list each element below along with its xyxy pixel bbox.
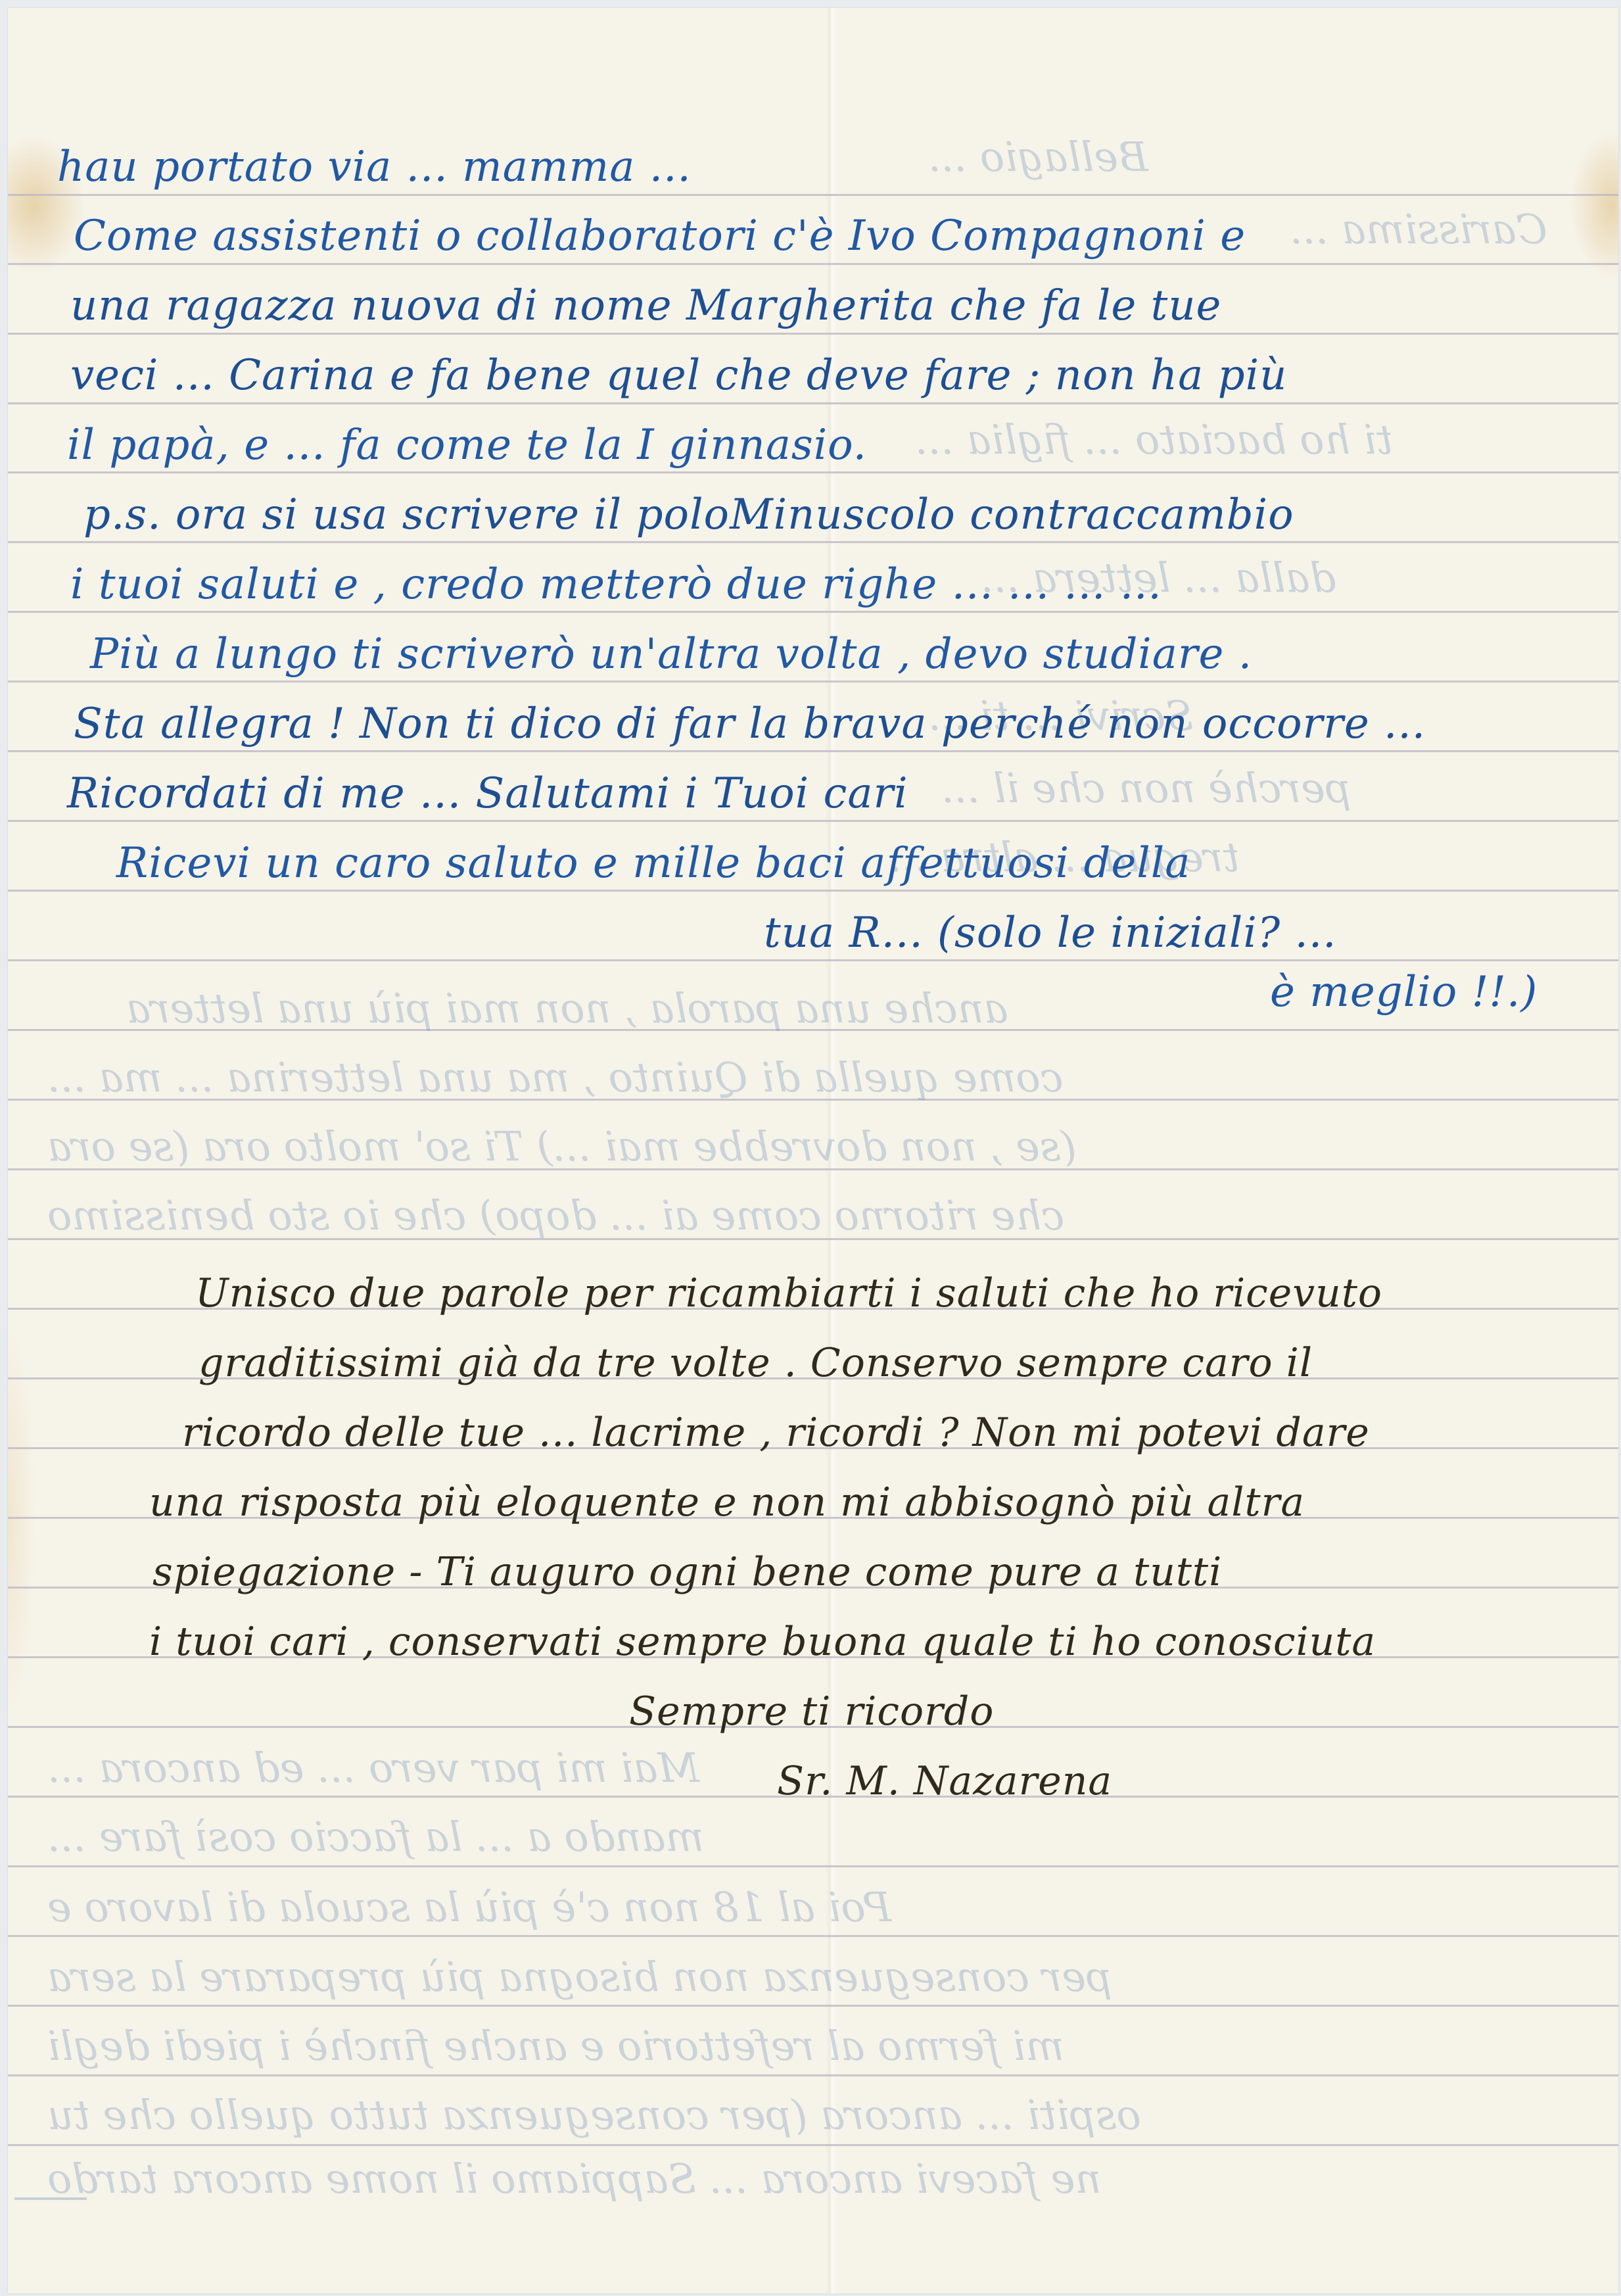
- bleed-through-text: ospiti ... ancora (per conseguenza tutto…: [47, 2091, 1141, 2139]
- ruled-line: [8, 820, 1618, 822]
- letter-line: Ricevi un caro saluto e mille baci affet…: [116, 839, 1190, 888]
- letter-line: il papà, e ... fa come te la I ginnasio.: [67, 421, 867, 469]
- letter-line: i tuoi cari , conservati sempre buona qu…: [149, 1619, 1376, 1665]
- letter-line: i tuoi saluti e , credo metterò due righ…: [70, 560, 1162, 609]
- letter-line: veci ... Carina e fa bene quel che deve …: [70, 351, 1287, 400]
- ruled-line: [8, 2074, 1618, 2076]
- bleed-through-text: ti ho baciato ... figlia ...: [915, 416, 1393, 464]
- letter-signature-initial: tua R... (solo le iniziali? ...: [764, 909, 1337, 957]
- letter-line: una risposta più eloquente e non mi abbi…: [149, 1479, 1305, 1525]
- letter-signature: Sr. M. Nazarena: [777, 1758, 1112, 1804]
- ruled-line: [8, 263, 1618, 265]
- letter-line: Ricordati di me ... Salutami i Tuoi cari: [67, 769, 908, 818]
- letter-page: Bellagio ... Carissima ... ti ho baciato…: [8, 8, 1618, 2293]
- letter-signature-aside: è meglio !!.): [1270, 968, 1538, 1016]
- bleed-through-text: Poi al 18 non c'è più la scuola di lavor…: [47, 1883, 891, 1931]
- ruled-line: [8, 471, 1618, 473]
- bleed-through-text: (se , non dovrebbe mai ...) Ti so' molto…: [47, 1122, 1077, 1170]
- bleed-through-text: ne facevi ancora ... Sappiamo il nome an…: [47, 2155, 1101, 2203]
- bleed-through-text: mando a ... la faccio così fare ...: [47, 1813, 704, 1861]
- ruled-line: [8, 681, 1618, 682]
- ruled-line: [8, 541, 1618, 543]
- letter-line: una ragazza nuova di nome Margherita che…: [70, 281, 1221, 330]
- ruled-line: [8, 2005, 1618, 2007]
- letter-line: graditissimi già da tre volte . Conservo…: [199, 1340, 1313, 1386]
- ruled-line: [8, 890, 1618, 892]
- ruled-line: [8, 194, 1618, 196]
- letter-line: hau portato via ... mamma ...: [57, 143, 692, 191]
- bleed-through-text: anche una parola , non mai più una lette…: [126, 984, 1008, 1032]
- letter-line: Come assistenti o collaboratori c'è Ivo …: [74, 212, 1246, 260]
- letter-line: Unisco due parole per ricambiarti i salu…: [195, 1270, 1382, 1316]
- letter-closing: Sempre ti ricordo: [629, 1688, 994, 1734]
- bleed-through-underline: [14, 2197, 87, 2200]
- ruled-line: [8, 333, 1618, 335]
- letter-line: p.s. ora si usa scrivere il poloMinuscol…: [83, 490, 1294, 539]
- ruled-line: [8, 750, 1618, 752]
- ruled-line: [8, 1865, 1618, 1867]
- bleed-through-text: come quella di Quinto , ma una letterina…: [47, 1053, 1064, 1101]
- ruled-line: [8, 611, 1618, 613]
- letter-line: spiegazione - Ti auguro ogni bene come p…: [153, 1549, 1222, 1595]
- bleed-through-text: Carissima ...: [1290, 205, 1547, 253]
- letter-line: Più a lungo ti scriverò un'altra volta ,…: [90, 630, 1252, 679]
- ruled-line: [8, 1935, 1618, 1937]
- ruled-line: [8, 2144, 1618, 2146]
- ruled-line: [8, 959, 1618, 961]
- letter-line: ricordo delle tue ... lacrime , ricordi …: [182, 1410, 1370, 1456]
- bleed-through-text: Bellagio ...: [928, 133, 1148, 181]
- letter-line: Sta allegra ! Non ti dico di far la brav…: [74, 700, 1426, 748]
- bleed-through-text: che ritorno come ai ... dopo) che io sto…: [47, 1191, 1064, 1239]
- bleed-through-text: per conseguenza non bisogna più preparar…: [47, 1953, 1112, 2001]
- bleed-through-text: Mai mi par vero ... ed ancora ...: [47, 1744, 699, 1792]
- ruled-line: [8, 402, 1618, 404]
- bleed-through-text: perchè non che il ...: [941, 764, 1351, 812]
- bleed-through-text: mi fermo al refettorio e anche finchè i …: [47, 2022, 1064, 2070]
